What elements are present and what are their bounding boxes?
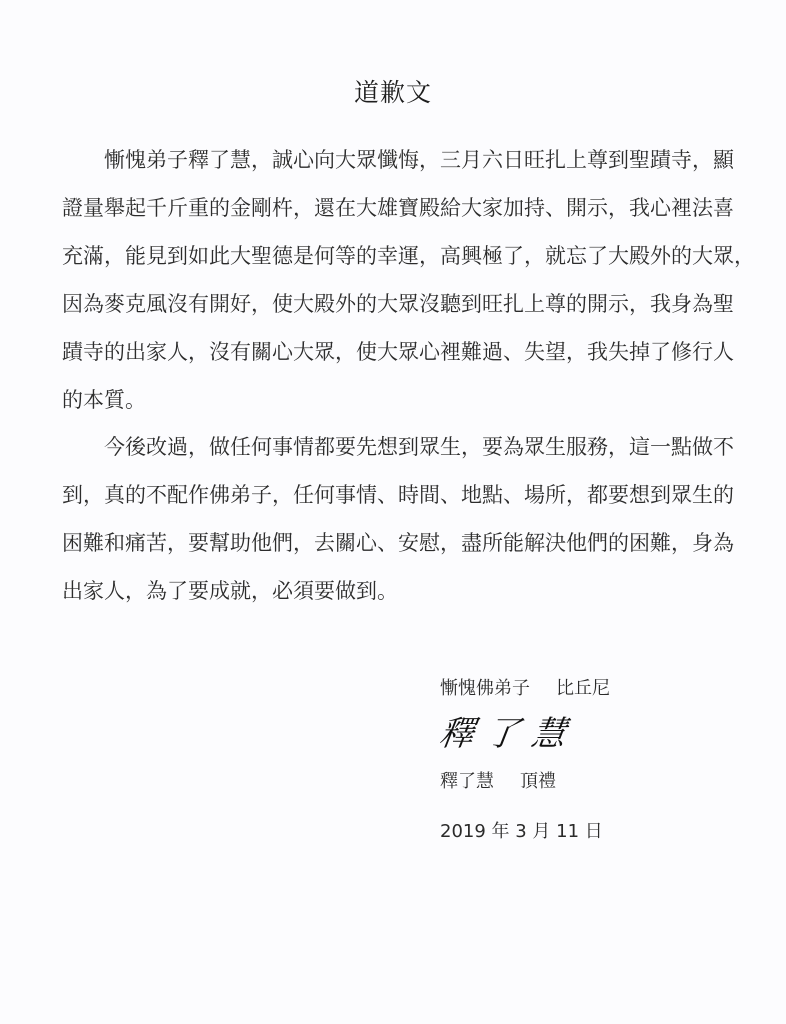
handwritten-signature: 釋了慧	[437, 706, 582, 755]
document-title: 道歉文	[0, 73, 786, 109]
signature-disciple-label: 慚愧佛弟子	[440, 678, 530, 699]
signature-title-line: 慚愧佛弟子比丘尼	[440, 674, 610, 700]
paragraph-2: 今後改過，做任何事情都要先想到眾生，要為眾生服務，這一點做不 到，真的不配作佛弟…	[62, 423, 734, 615]
text-line: 出家人，為了要成就，必須要做到。	[62, 567, 734, 615]
signature-salutation: 頂禮	[520, 771, 556, 792]
document-page: 道歉文 慚愧弟子釋了慧，誠心向大眾懺悔，三月六日旺扎上尊到聖蹟寺，顯 證量舉起千…	[0, 0, 786, 1024]
text-line: 今後改過，做任何事情都要先想到眾生，要為眾生服務，這一點做不	[62, 423, 734, 471]
text-line: 充滿，能見到如此大聖德是何等的幸運，高興極了，就忘了大殿外的大眾，	[62, 232, 734, 280]
text-line: 到，真的不配作佛弟子，任何事情、時間、地點、場所，都要想到眾生的	[62, 471, 734, 519]
text-line: 蹟寺的出家人，沒有關心大眾，使大眾心裡難過、失望，我失掉了修行人	[62, 328, 734, 376]
signature-rank-label: 比丘尼	[556, 678, 610, 699]
paragraph-1: 慚愧弟子釋了慧，誠心向大眾懺悔，三月六日旺扎上尊到聖蹟寺，顯 證量舉起千斤重的金…	[62, 136, 734, 424]
text-line: 困難和痛苦，要幫助他們，去關心、安慰，盡所能解決他們的困難，身為	[62, 519, 734, 567]
text-line: 慚愧弟子釋了慧，誠心向大眾懺悔，三月六日旺扎上尊到聖蹟寺，顯	[62, 136, 734, 184]
signature-name-line: 釋了慧頂禮	[440, 767, 556, 793]
text-line: 證量舉起千斤重的金剛杵，還在大雄寶殿給大家加持、開示，我心裡法喜	[62, 184, 734, 232]
signature-name: 釋了慧	[440, 771, 494, 792]
text-line: 的本質。	[62, 376, 734, 424]
text-line: 因為麥克風沒有開好，使大殿外的大眾沒聽到旺扎上尊的開示，我身為聖	[62, 280, 734, 328]
signature-date: 2019 年 3 月 11 日	[440, 817, 603, 843]
